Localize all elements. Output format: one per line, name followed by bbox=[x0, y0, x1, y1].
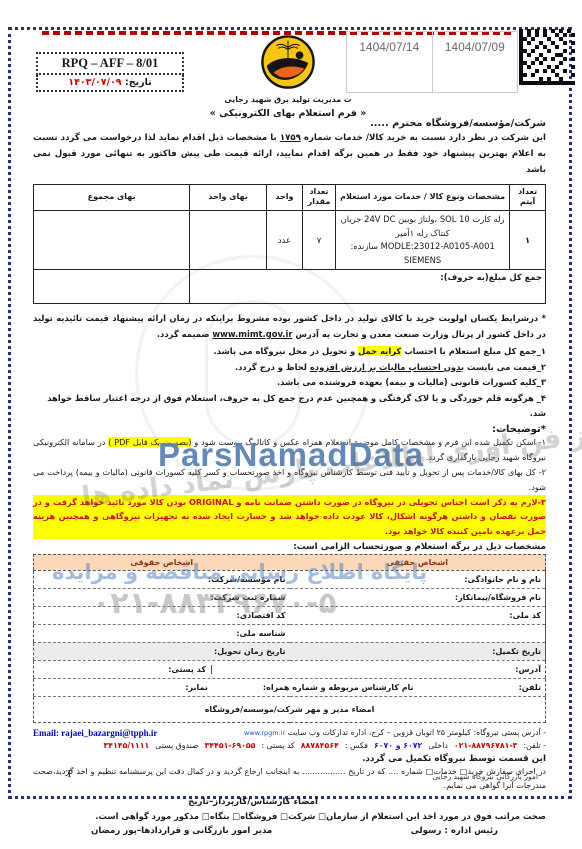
note-3: ۳_کلیه کسورات قانونی (مالیات و بیمه) بعه… bbox=[33, 375, 546, 390]
explanation-1-pre: ۱- اسکن تکمیل شده این فرم و مشخصات کامل … bbox=[191, 437, 546, 447]
rpq-date-box: تاریخ: ۱۴۰۳/۰۷/۰۹ bbox=[36, 75, 184, 92]
field-full-name: نام و نام خانوادگی: bbox=[290, 570, 546, 588]
col-quantity: تعداد مقدار bbox=[302, 184, 335, 211]
note-4: ۴_ هرگونه قلم خوردگی و یا لاک گرفتگی و ه… bbox=[33, 391, 546, 420]
note-1: ۱_جمع کل مبلغ استعلام با احتساب کرایه حم… bbox=[33, 344, 546, 359]
header-logo-block: ت مدیریت تولید برق شهید رجایی « فرم استع… bbox=[208, 34, 368, 119]
salutation: شرکت/مؤسسه/فروشگاه محترم ..... bbox=[33, 118, 546, 129]
header-legal-persons: اشخاص حقوقی bbox=[34, 554, 290, 570]
stamp-date-2: 1404/07/09 bbox=[433, 31, 519, 93]
commercial-manager-name: مدیر امور بازرگانی و قراردادها–پور رمضان bbox=[91, 826, 272, 836]
phone-label: - تلفن: bbox=[523, 741, 546, 750]
request-number: ۱۷۵۹ bbox=[280, 133, 301, 143]
document-body: شرکت/مؤسسه/فروشگاه محترم ..... این شرکت … bbox=[33, 118, 546, 842]
note-1-post: و تحویل در محل نیروگاه می باشد. bbox=[213, 346, 358, 356]
field-expert-mobile: نام کارشناس مربوطه و شماره همراه: bbox=[263, 683, 414, 692]
field-company-name: نام مؤسسه/شرکت: bbox=[34, 570, 290, 588]
datamatrix-barcode-icon bbox=[519, 29, 575, 85]
note-2-post: لحاظ و درج گردد. bbox=[235, 362, 310, 372]
vendor-row-3: کد ملی: کد اقتصادی: bbox=[34, 606, 546, 624]
pobox-label: صندوق پستی bbox=[155, 741, 198, 750]
internal-label: داخلی bbox=[428, 741, 448, 750]
vendor-signature-row: امضاء مدیر و مهر شرکت/موسسه/فروشگاه bbox=[34, 696, 546, 722]
station-section-title: این قسمت توسط نیروگاه تکمیل می گردد. bbox=[33, 754, 546, 764]
field-shop-contractor: نام فروشگاه/پیمانکار: bbox=[290, 588, 546, 606]
vendor-row-5: تاریخ تکمیل: تاریخ زمان تحویل: bbox=[34, 642, 546, 660]
explanation-1-highlight: (بصورت یک فایل PDF ) bbox=[108, 437, 191, 447]
field-completion-date: تاریخ تکمیل: bbox=[290, 642, 546, 660]
note-1-pre: ۱_جمع کل مبلغ استعلام با احتساب bbox=[401, 346, 546, 356]
item-desc-line1: رله کارت SOL 10 ،ولتاژ بوبین 24V DC جریا… bbox=[339, 213, 506, 240]
vendor-form-intro: مشخصات ذیل در برگه استعلام و صورتحساب ال… bbox=[33, 542, 546, 552]
vendor-row-4: شناسه ملی: bbox=[34, 624, 546, 642]
vendor-row-2: نام فروشگاه/پیمانکار: شماره ثبت شرکت: bbox=[34, 588, 546, 606]
note-2: ۲_قیمت می بایست بدون احتساب مالیات بر ار… bbox=[33, 360, 546, 375]
item-total-price bbox=[34, 211, 190, 270]
internal-numbers: ۶۰۷۲ و ۶۰۷۰ bbox=[374, 741, 422, 750]
item-description: رله کارت SOL 10 ،ولتاژ بوبین 24V DC جریا… bbox=[336, 211, 510, 270]
power-plant-logo-icon bbox=[260, 34, 316, 90]
original-word: ORIGINAL bbox=[189, 495, 233, 510]
explanation-3: ۳-لازم به ذکر است اجناس تحویلی در نیروگا… bbox=[33, 495, 546, 539]
contact-line-2: - تلفن:۰۲۱-۸۸۷۹۶۷۸۱-۳داخلی۶۰۷۲ و ۶۰۷۰فکس… bbox=[33, 741, 546, 750]
note-1-highlight: کرایه حمل bbox=[358, 346, 401, 356]
field-fax: نمابر: bbox=[185, 683, 208, 692]
field-address: آدرس: bbox=[515, 665, 541, 674]
col-unit-price: بهای واحد bbox=[190, 184, 267, 211]
vendor-header-row: اشخاص حقیقی اشخاص حقوقی bbox=[34, 554, 546, 570]
field-national-id: شناسه ملی: bbox=[34, 624, 290, 642]
rpq-code-block: RPQ – AFF – 8/01 تاریخ: ۱۴۰۳/۰۷/۰۹ bbox=[36, 52, 184, 92]
date-value: ۱۴۰۳/۰۷/۰۹ bbox=[68, 77, 121, 88]
item-desc-line2: MODLE:23012-A0105-A001 سازنده: SIEMENS bbox=[339, 240, 506, 267]
contact-line-1: - آدرس پستی نیروگاه: کیلومتر ۲۵ اتوبان ق… bbox=[33, 728, 546, 738]
stamp-date-cells: 1404/07/14 1404/07/09 bbox=[346, 31, 518, 93]
plant-postal-address: - آدرس پستی نیروگاه: کیلومتر ۲۵ اتوبان ق… bbox=[244, 728, 546, 737]
col-description: مشخصات ونوع کالا / خدمات مورد استعلام bbox=[336, 184, 510, 211]
item-unit: عدد bbox=[266, 211, 302, 270]
field-national-code: کد ملی: bbox=[290, 606, 546, 624]
website-link[interactable]: www.rpgm.ir bbox=[244, 729, 285, 737]
intro-text-pre: این شرکت در نظر دارد نسبت به خرید کالا/ … bbox=[301, 133, 546, 143]
field-empty bbox=[290, 624, 546, 642]
footer-department: امور بازرگانی نیروگاه شهید رجایی bbox=[432, 772, 538, 781]
explanations-title: *توضیحات: bbox=[33, 424, 546, 435]
header-natural-persons: اشخاص حقیقی bbox=[290, 554, 546, 570]
postal-label: کد پستی : bbox=[261, 741, 294, 750]
field-phone: تلفن: bbox=[519, 683, 541, 692]
fax-number: ۸۸۷۸۴۵۶۴ bbox=[301, 741, 339, 750]
manager-signature-line: امضاء مدیر و مهر شرکت/موسسه/فروشگاه bbox=[34, 696, 546, 722]
item-row-1: ۱ رله کارت SOL 10 ،ولتاژ بوبین 24V DC جر… bbox=[34, 211, 546, 270]
star-note-end: ضمیمه گردد. bbox=[157, 329, 213, 339]
explanation-2: ۲- کل بهای کالا/خدمات پس از تحویل و تأیی… bbox=[33, 465, 546, 495]
vendor-address-row: آدرس: کد پستی: bbox=[34, 660, 546, 678]
expert-signature-line: امضاء کارشناس/کارپرداز–تاریخ bbox=[33, 797, 318, 807]
grand-total-row: جمع کل مبلغ(به حروف): bbox=[34, 270, 546, 304]
date-label: تاریخ: bbox=[125, 77, 152, 88]
item-qty: ۷ bbox=[302, 211, 335, 270]
col-item-no: تعداد آیتم bbox=[510, 184, 546, 211]
organization-name: ت مدیریت تولید برق شهید رجایی bbox=[208, 95, 368, 104]
item-no: ۱ bbox=[510, 211, 546, 270]
field-postal-code: کد پستی: bbox=[38, 665, 212, 674]
verification-line: صحت مراتب فوق در مورد اخذ این استعلام از… bbox=[33, 811, 546, 821]
items-table: تعداد آیتم مشخصات ونوع کالا / خدمات مورد… bbox=[33, 184, 546, 304]
address-text: - آدرس پستی نیروگاه: کیلومتر ۲۵ اتوبان ق… bbox=[285, 728, 546, 737]
vendor-phone-row: تلفن: نام کارشناس مربوطه و شماره همراه: … bbox=[34, 678, 546, 696]
head-office-name: رئیس اداره : رسولی bbox=[411, 826, 498, 836]
grand-total-label: جمع کل مبلغ(به حروف): bbox=[190, 270, 546, 304]
pobox-number: ۳۴۱۴۵/۱۱۱۱ bbox=[104, 741, 150, 750]
intro-paragraph: این شرکت در نظر دارد نسبت به خرید کالا/ … bbox=[33, 131, 546, 179]
field-registration-no: شماره ثبت شرکت: bbox=[34, 588, 290, 606]
vendor-details-table: اشخاص حقیقی اشخاص حقوقی نام و نام خانواد… bbox=[33, 554, 546, 723]
vendor-row-1: نام و نام خانوادگی: نام مؤسسه/شرکت: bbox=[34, 570, 546, 588]
field-delivery-date: تاریخ زمان تحویل: bbox=[34, 642, 290, 660]
grand-total-value bbox=[34, 270, 190, 304]
postal-code: ۳۴۴۵۱-۶۹۰۵۵ bbox=[205, 741, 256, 750]
note-2-underline: بدون احتساب مالیات بر ارزش افزوده bbox=[310, 362, 464, 372]
ministry-portal-link[interactable]: www.mimt.gov.ir bbox=[212, 327, 292, 343]
fax-label: فکس : bbox=[345, 741, 368, 750]
col-total-price: بهای مجموع bbox=[34, 184, 190, 211]
domestic-priority-note: * درشرایط یکسان اولویت خرید با کالای تول… bbox=[33, 311, 546, 343]
field-economic-code: کد اقتصادی: bbox=[34, 606, 290, 624]
item-unit-price bbox=[190, 211, 267, 270]
footer-page-mark: T bbox=[66, 768, 73, 780]
col-unit: واحد bbox=[266, 184, 302, 211]
note-2-pre: ۲_قیمت می بایست bbox=[464, 362, 546, 372]
inquiry-form-page: 1404/07/14 1404/07/09 RPQ – AFF – 8/01 ت… bbox=[0, 0, 582, 849]
phone-number: ۰۲۱-۸۸۷۹۶۷۸۱-۳ bbox=[454, 741, 518, 750]
rpq-code: RPQ – AFF – 8/01 bbox=[36, 52, 184, 75]
explanation-1: ۱- اسکن تکمیل شده این فرم و مشخصات کامل … bbox=[33, 435, 546, 465]
email-link[interactable]: Email: rajaei_bazargni@tpph.ir bbox=[33, 728, 157, 738]
officials-row: رئیس اداره : رسولی مدیر امور بازرگانی و … bbox=[33, 826, 546, 842]
items-header-row: تعداد آیتم مشخصات ونوع کالا / خدمات مورد… bbox=[34, 184, 546, 211]
explanation-3-pre: ۳-لازم به ذکر است اجناس تحویلی در نیروگا… bbox=[233, 497, 546, 507]
